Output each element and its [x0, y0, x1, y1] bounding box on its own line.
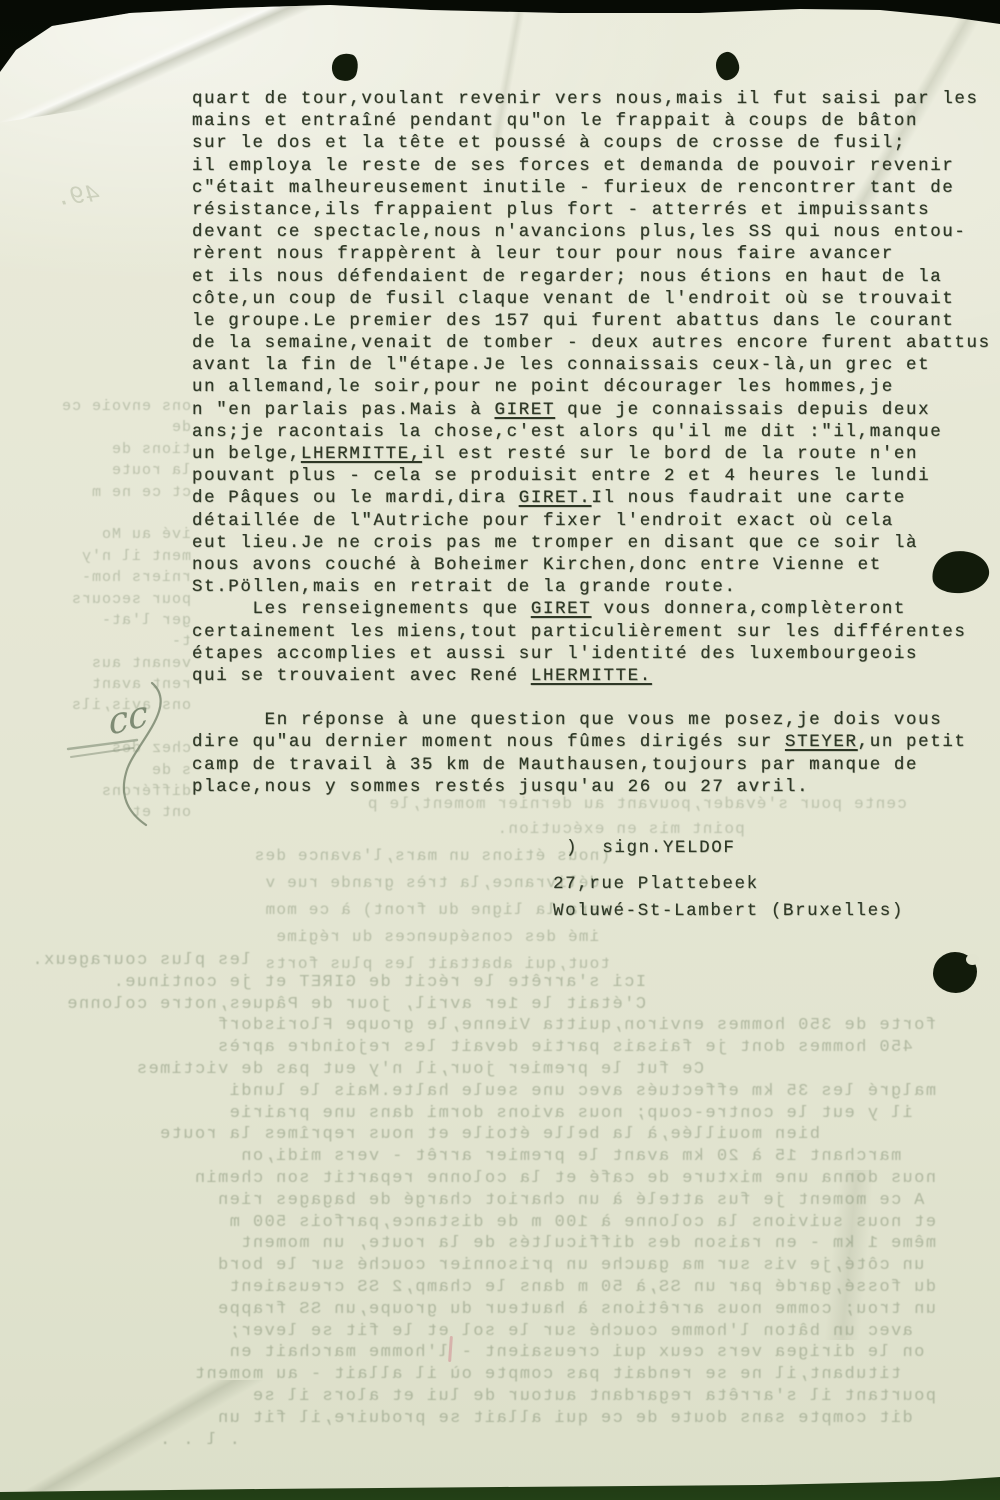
signature-address-line-1: 27,rue Plattebeek — [553, 874, 759, 894]
paper-sheet: ons envoie cedetions dela routect ce ne … — [0, 0, 1000, 1500]
text-line: n "en parlais pas.Mais à GIRET que je co… — [192, 399, 1000, 421]
text-line: dit compte sans doute de ce qui allait s… — [26, 1408, 936, 1430]
text-line: de la semaine,venait de tomber - deux au… — [192, 332, 1000, 354]
text-line: il employa le reste de ses forces et dem… — [192, 155, 1000, 177]
text-line: C'était le 1er avril, jour de Pâques,not… — [26, 994, 936, 1016]
text-line: dire qu"au dernier moment nous fûmes dir… — [192, 731, 1000, 753]
text-line: . l . . — [26, 1430, 936, 1452]
text-line: 450 hommes dont je faisais partie devait… — [26, 1037, 936, 1059]
text-line — [24, 503, 191, 524]
text-line: pouvant plus - cela se produisit entre 2… — [192, 465, 1000, 487]
ink-blot-right-lower — [933, 952, 977, 993]
text-line: un trou; comme nous arrêtions à hauteur … — [26, 1299, 936, 1321]
text-line: le groupe.Le premier des 157 qui furent … — [192, 310, 1000, 332]
text-line: ans;je racontais la chose,c'est alors qu… — [192, 421, 1000, 443]
text-line: A ce moment je fus attelé à un chariot c… — [26, 1190, 936, 1212]
text-line: délivrance,la très grande rue v — [140, 870, 610, 897]
text-line: qui se trouvaient avec René LHERMITTE. — [192, 665, 1000, 687]
text-line: malgré les 35 km effectués avec une seul… — [26, 1081, 936, 1103]
text-line: pourtant il s'arrêta regardant autour de… — [26, 1386, 936, 1408]
typewritten-text: quart de tour,voulant revenir vers nous,… — [192, 88, 1000, 798]
text-line: Ici s'arrête le récit de GIRET et je con… — [26, 972, 936, 994]
ink-blot-notch — [966, 954, 979, 965]
text-line: rniers hom- — [24, 567, 191, 588]
text-line: ivé au Mo — [24, 524, 191, 545]
text-line: forte de 350 hommes environ,quitta Vienn… — [26, 1015, 936, 1037]
text-line: pour secours — [24, 589, 191, 610]
text-line: même 1 km - en raison des difficultés de… — [26, 1233, 936, 1255]
text-line: ment il n'y — [24, 546, 191, 567]
text-line: du fossé,gardé par un SS,à 50 m dans le … — [26, 1277, 936, 1299]
text-line: de Pâques ou le mardi,dira GIRET.Il nous… — [192, 487, 1000, 509]
text-line: un côté,je vis sur ma gauche un prisonni… — [26, 1255, 936, 1277]
signature-name-line: ) sign.YELDOF — [566, 838, 735, 858]
text-line: (nous étions un mars,l'avance des — [140, 843, 610, 870]
text-line: nous donna une mixture de café et la col… — [26, 1168, 936, 1190]
scanned-page: ons envoie cedetions dela routect ce ne … — [0, 0, 1000, 1500]
bleedthrough-upper: cente pour s'évader,pouvant au dernier m… — [290, 792, 950, 842]
text-line: rèrent nous frappèrent à leur tour pour … — [192, 243, 1000, 265]
pencil-stroke-svg — [40, 655, 210, 855]
text-line: imé des conséquences du régime — [140, 924, 610, 951]
text-line: il y eut le contre-coup; nous avions dor… — [26, 1103, 936, 1125]
text-line: ct ce ne m — [24, 482, 191, 503]
text-line: tions de — [24, 439, 191, 460]
text-line: Les renseignements que GIRET vous donner… — [192, 598, 1000, 620]
text-line: détaillée de l"Autriche pour fixer l'end… — [192, 510, 1000, 532]
text-line: t- — [24, 631, 191, 652]
text-line: ger l'at- — [24, 610, 191, 631]
ink-blot-top-right — [714, 50, 742, 82]
text-line: un belge,LHERMITTE,il est resté sur le b… — [192, 443, 1000, 465]
text-line: camp de travail à 35 km de Mauthausen,to… — [192, 754, 1000, 776]
text-line: on le dirigea vers ceux qui creusaient -… — [26, 1342, 936, 1364]
signature-address-line-2: Woluwé-St-Lambert (Bruxelles) — [553, 901, 904, 921]
text-line: de — [24, 417, 191, 438]
text-line: côte,un coup de fusil claque venant de l… — [192, 288, 1000, 310]
bleedthrough-main: les plus courageux. Ici s'arrête le réci… — [26, 950, 936, 1451]
text-line: mains et entraîné pendant qu"on le frapp… — [192, 110, 1000, 132]
text-line: certainement les miens,tout particulière… — [192, 621, 1000, 643]
ink-blot-top-left — [328, 50, 361, 85]
text-line: avant la fin de l"étape.Je les connaissa… — [192, 354, 1000, 376]
text-line — [192, 687, 1000, 709]
text-line: En réponse à une question que vous me po… — [192, 709, 1000, 731]
text-line: bien mouillée,à la belle étoile et nous … — [26, 1124, 936, 1146]
text-line: nous avons couché à Boheimer Kirchen,don… — [192, 554, 1000, 576]
text-line: et nous suivions la colonne à 100 m de d… — [26, 1212, 936, 1234]
text-line: vera la ligne du front) à ce mom — [140, 897, 610, 924]
text-line: un allemand,le soir,pour ne point décour… — [192, 376, 1000, 398]
text-line: devant ce spectacle,nous n'avancions plu… — [192, 221, 1000, 243]
margin-number-mirrored: 49. — [54, 180, 102, 214]
text-line: c"était malheureusement inutile - furieu… — [192, 177, 1000, 199]
text-line: place,nous y sommes restés jusqu'au 26 o… — [192, 776, 1000, 798]
text-line: la route — [24, 460, 191, 481]
text-line: St.Pöllen,mais en retrait de la grande r… — [192, 576, 1000, 598]
text-line: quart de tour,voulant revenir vers nous,… — [192, 88, 1000, 110]
text-line: titubant,il ne se rendait pas compte où … — [26, 1364, 936, 1386]
text-line: résistance,ils frappaient plus fort - at… — [192, 199, 1000, 221]
text-line: les plus courageux. — [26, 950, 936, 972]
text-line: et ils nous défendaient de regarder; nou… — [192, 266, 1000, 288]
text-line: ons envoie ce — [24, 396, 191, 417]
text-line: avec un bâton l'homme couché sur le sol … — [26, 1321, 936, 1343]
text-line: eut lieu.Je ne crois pas me tromper en d… — [192, 532, 1000, 554]
text-line: marchant 15 à 20 km avant le premier arr… — [26, 1146, 936, 1168]
text-line: sur le dos et la tête et poussé à coups … — [192, 132, 1000, 154]
text-line: Ce fut le premier jour,il n'y eut pas de… — [26, 1059, 936, 1081]
text-line: étapes accomplies et aussi sur l'identit… — [192, 643, 1000, 665]
